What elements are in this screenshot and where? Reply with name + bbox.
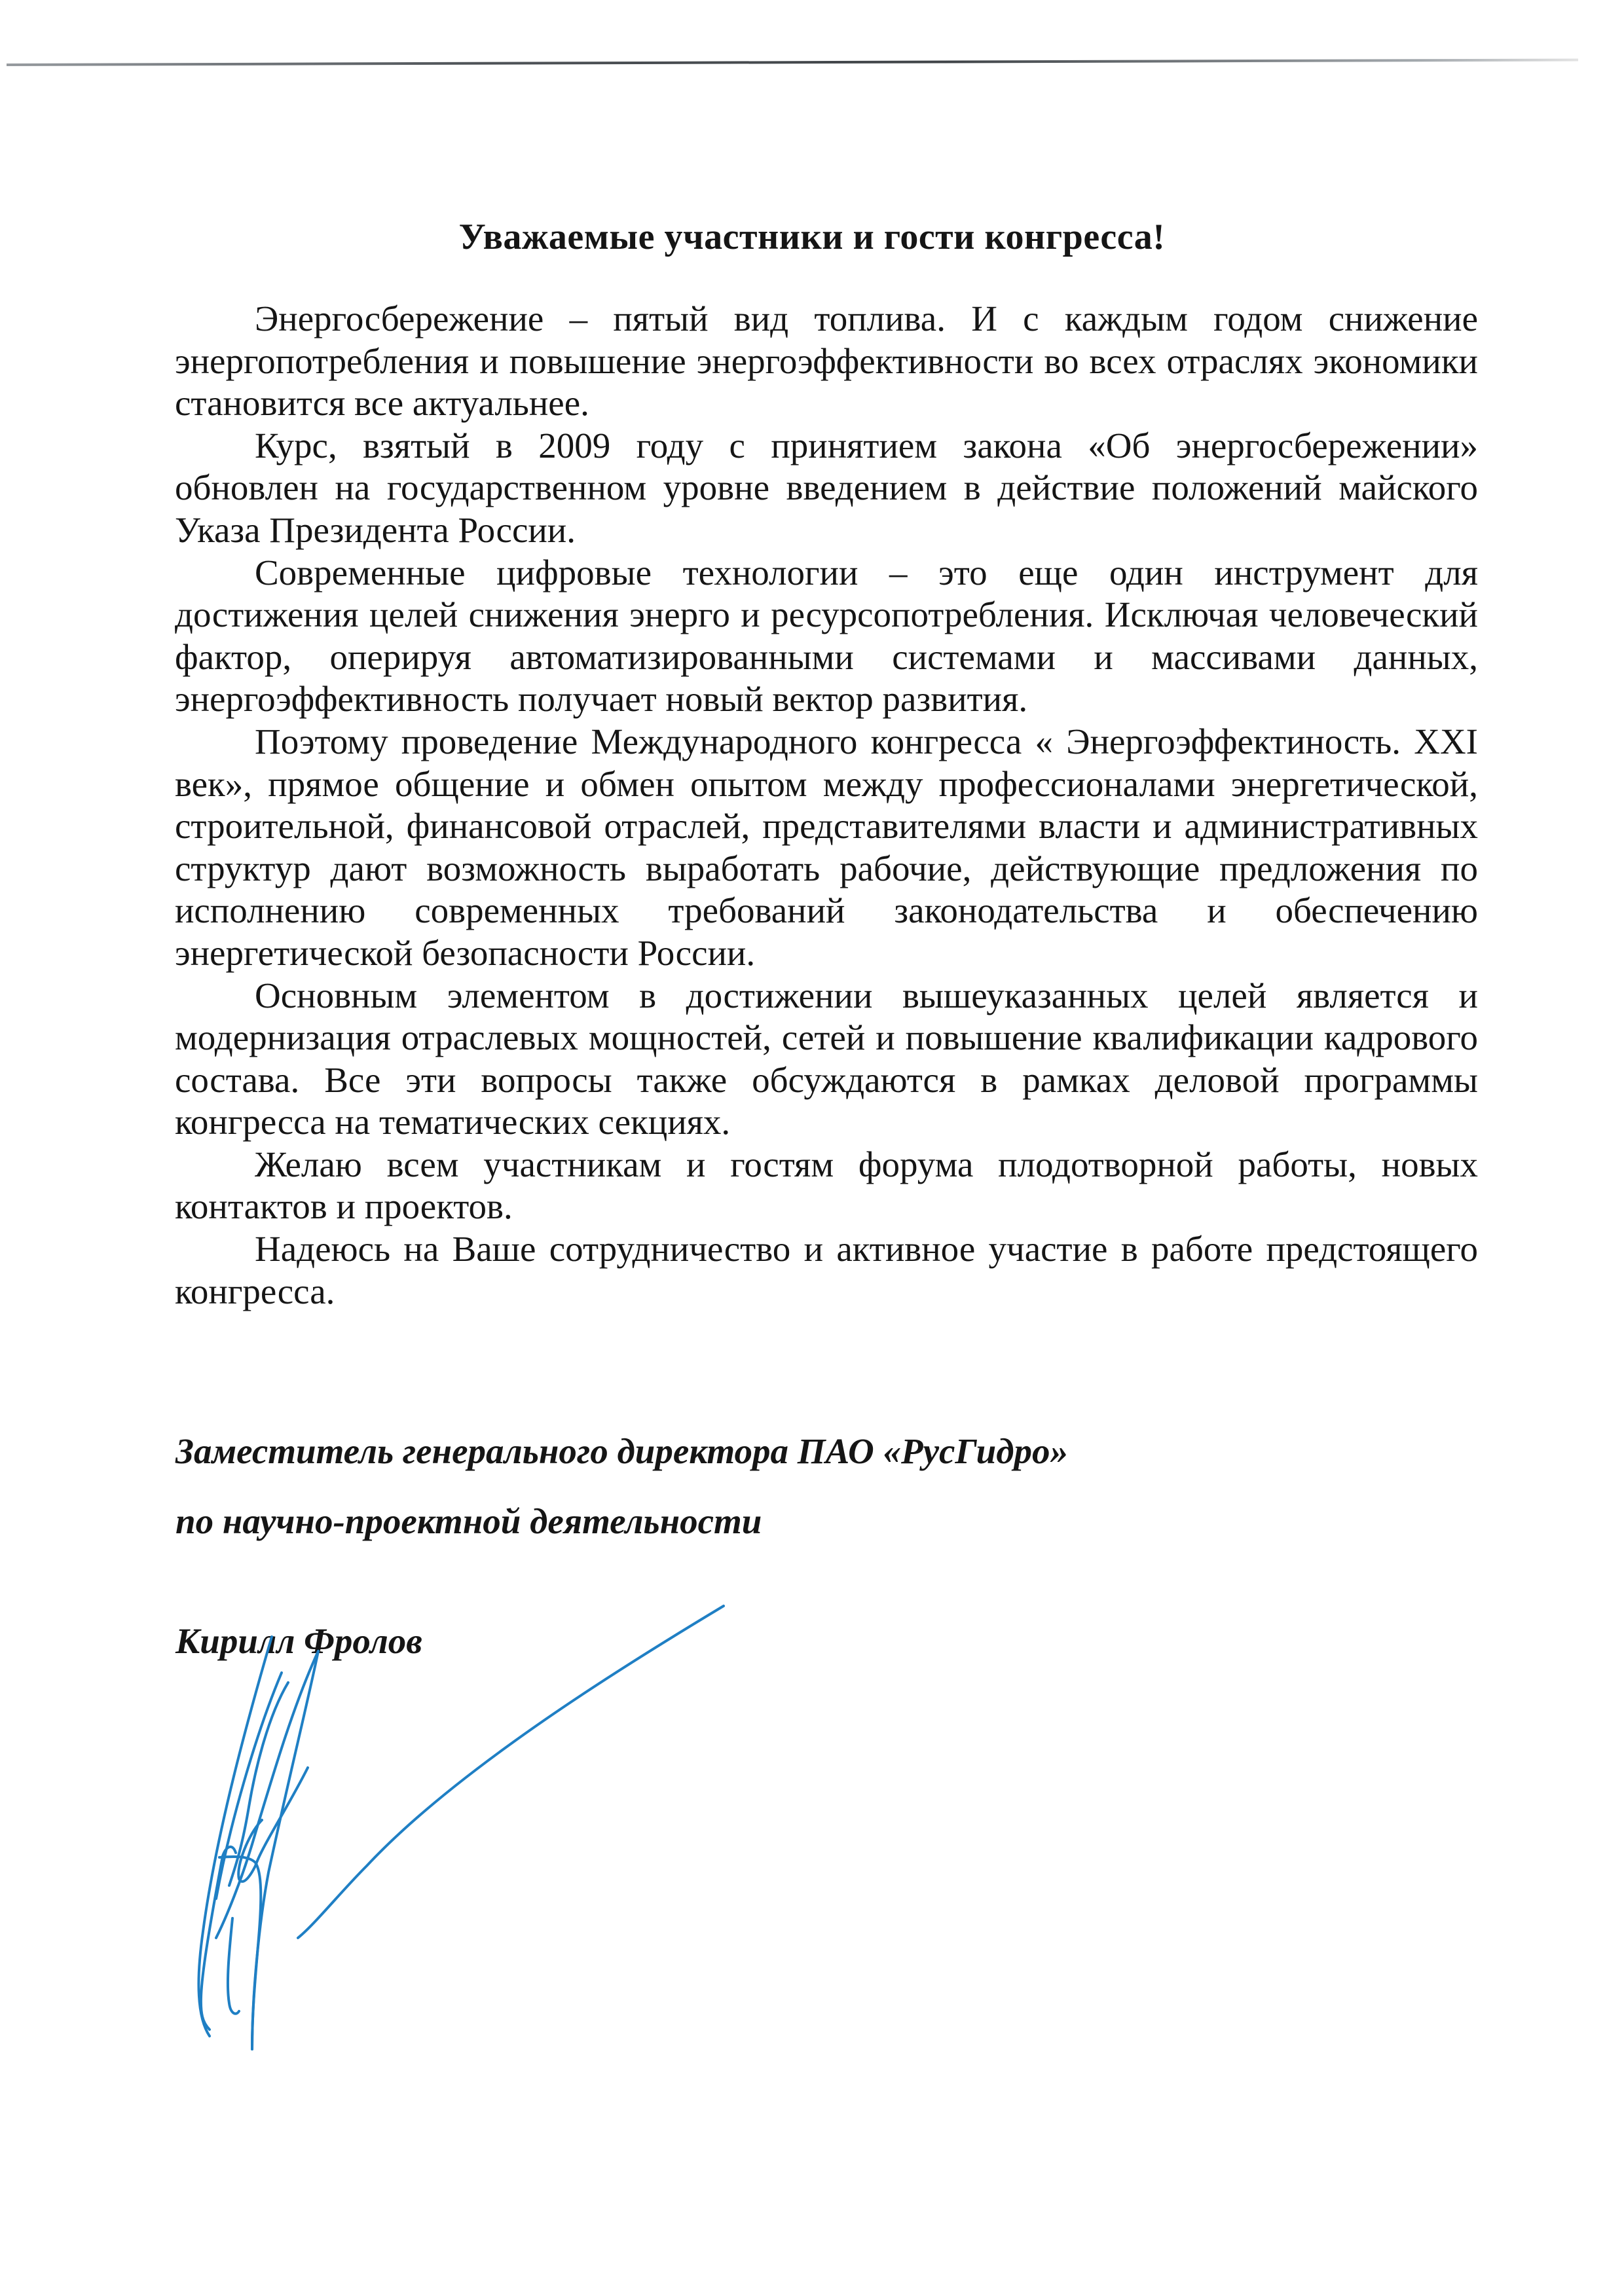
paragraph: Основным элементом в достижении вышеуказ… — [175, 975, 1478, 1144]
signatory-position-line2: по научно-проектной деятельности — [175, 1501, 762, 1542]
letter-body: Энергосбережение – пятый вид топлива. И … — [175, 298, 1478, 1313]
signatory-position-line1: Заместитель генерального директора ПАО «… — [175, 1430, 1068, 1472]
paragraph: Надеюсь на Ваше сотрудничество и активно… — [175, 1228, 1478, 1313]
signatory-name: Кирилл Фролов — [175, 1620, 422, 1662]
paragraph: Поэтому проведение Международного конгре… — [175, 721, 1478, 975]
paragraph: Курс, взятый в 2009 году с принятием зак… — [175, 425, 1478, 552]
letter-greeting: Уважаемые участники и гости конгресса! — [0, 216, 1624, 258]
paragraph: Энергосбережение – пятый вид топлива. И … — [175, 298, 1478, 425]
paragraph: Современные цифровые технологии – это ещ… — [175, 552, 1478, 721]
scan-top-rule — [7, 58, 1578, 66]
paragraph: Желаю всем участникам и гостям форума пл… — [175, 1144, 1478, 1228]
